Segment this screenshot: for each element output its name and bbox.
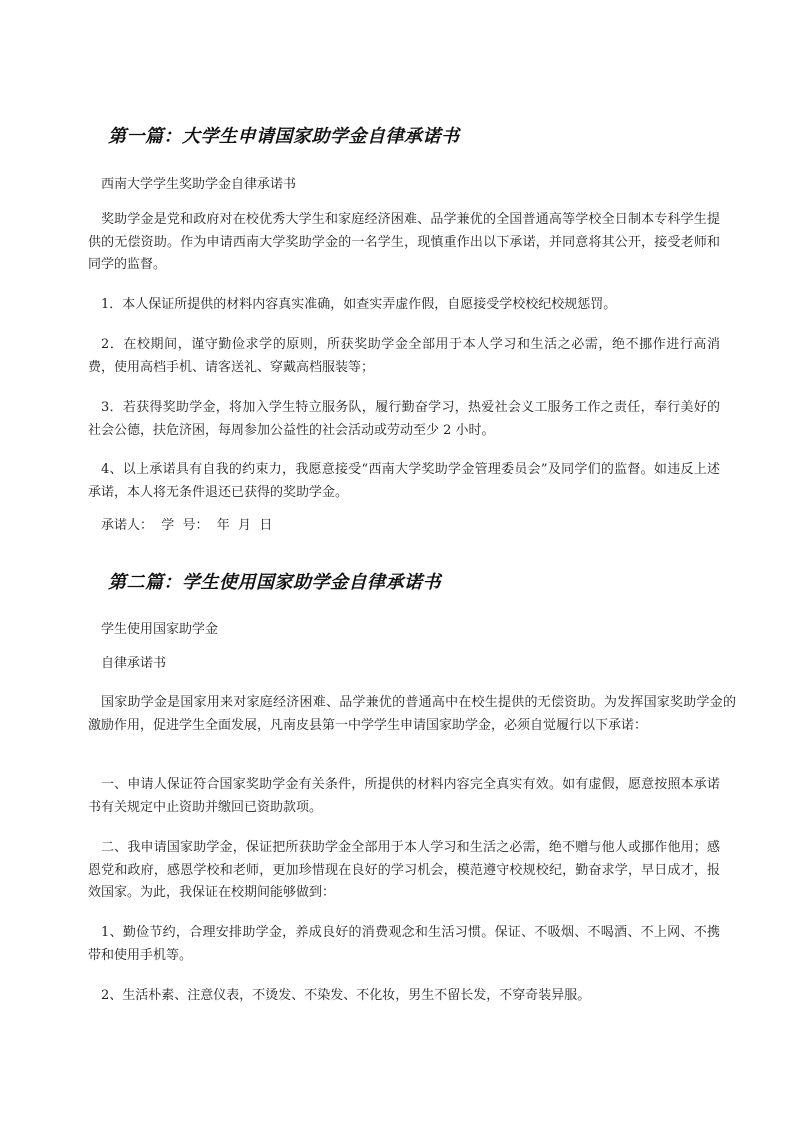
section-2-title: 第二篇：学生使用国家助学金自律承诺书 [108, 568, 441, 594]
section-2-clause-1: 一、申请人保证符合国家奖助学金有关条件，所提供的材料内容完全真实有效。如有虚假，… [88, 774, 720, 819]
document-page: 第一篇：大学生申请国家助学金自律承诺书 西南大学学生奖助学金自律承诺书 奖助学金… [0, 0, 800, 1132]
section-1-item-4: 4、以上承诺具有自我的约束力，我愿意接受“西南大学奖助学金管理委员会”及同学们的… [88, 459, 720, 504]
section-1-intro-paragraph: 奖助学金是党和政府对在校优秀大学生和家庭经济困难、品学兼优的全国普通高等学校全日… [88, 209, 720, 277]
section-2-subtitle-1: 学生使用国家助学金 [88, 619, 720, 642]
section-1-subtitle: 西南大学学生奖助学金自律承诺书 [88, 174, 720, 197]
section-1-item-2: 2．在校期间，谨守勤俭求学的原则，所获奖助学金全部用于本人学习和生活之必需，绝不… [88, 334, 720, 379]
section-2-subtitle-2: 自律承诺书 [88, 653, 720, 676]
signature-line: 承诺人： 学 号： 年 月 日 [88, 515, 720, 538]
section-2-clause-2: 二、我申请国家助学金，保证把所获助学金全部用于本人学习和生活之必需，绝不赠与他人… [88, 837, 720, 905]
section-2-item-1: 1、勤俭节约，合理安排助学金，养成良好的消费观念和生活习惯。保证、不吸烟、不喝酒… [88, 922, 720, 967]
section-1-item-1: 1．本人保证所提供的材料内容真实准确，如查实弄虚作假，自愿接受学校校纪校规惩罚。 [88, 294, 720, 317]
section-2-intro-paragraph: 国家助学金是国家用来对家庭经济困难、品学兼优的普通高中在校生提供的无偿资助。为发… [88, 692, 736, 737]
section-2-item-2: 2、生活朴素、注意仪表，不烫发、不染发、不化妆，男生不留长发，不穿奇装异服。 [88, 985, 720, 1008]
section-1-title: 第一篇：大学生申请国家助学金自律承诺书 [108, 122, 460, 148]
section-1-item-3: 3．若获得奖助学金，将加入学生特立服务队，履行勤奋学习，热爱社会义工服务工作之责… [88, 397, 720, 442]
